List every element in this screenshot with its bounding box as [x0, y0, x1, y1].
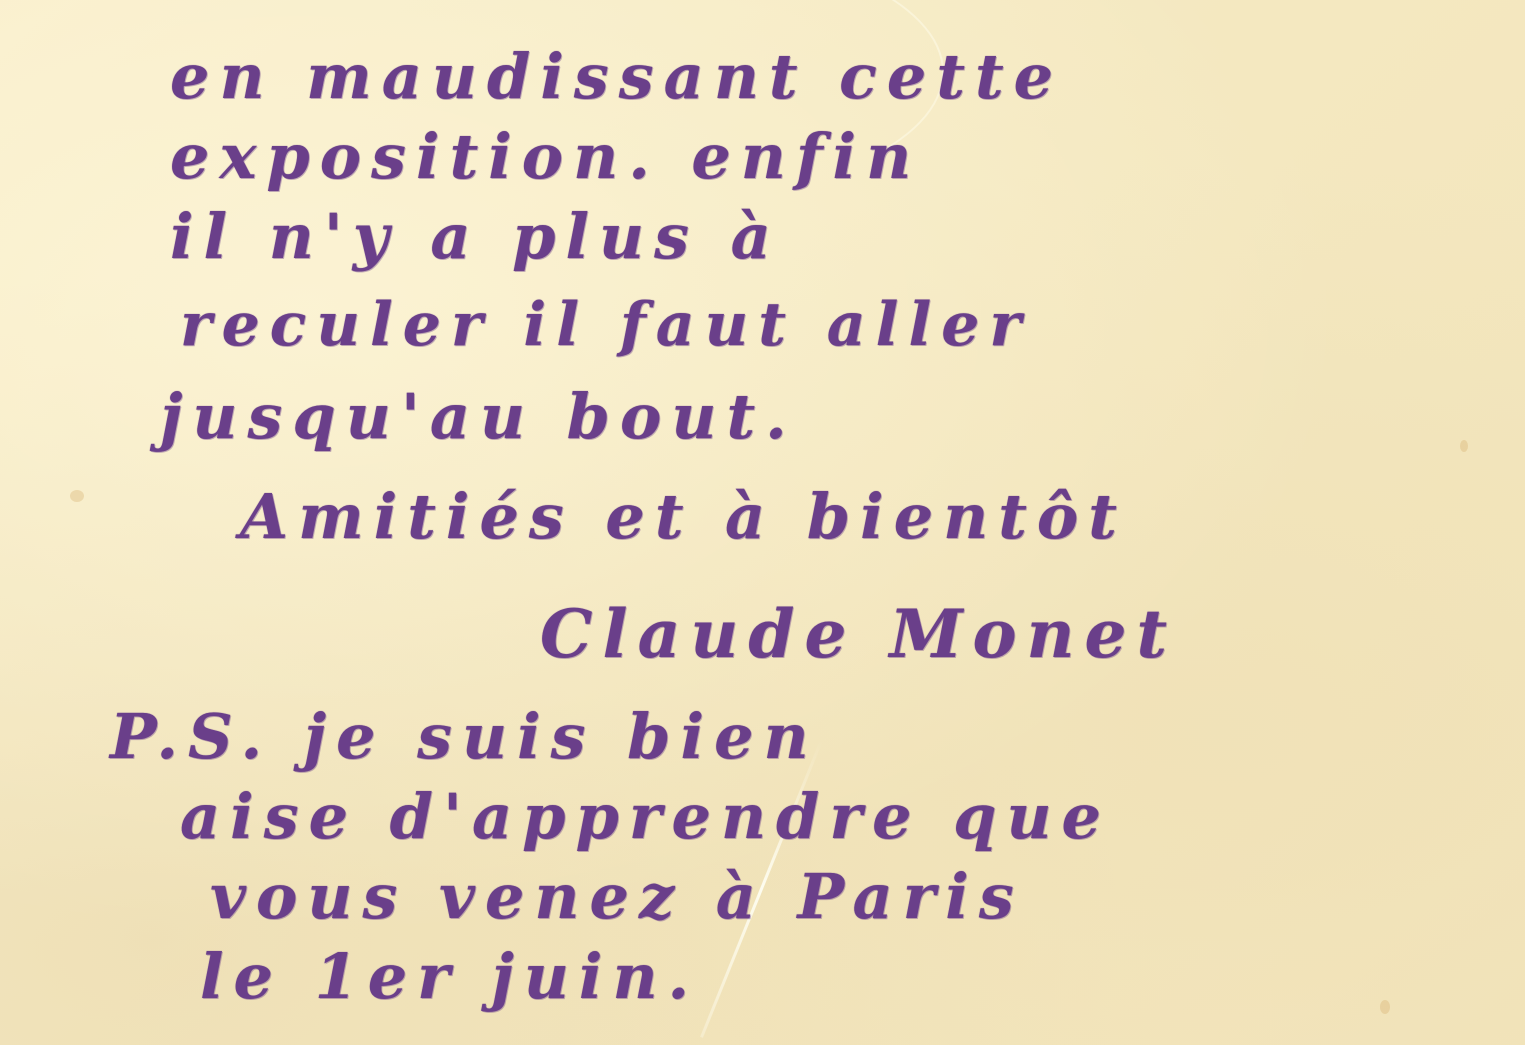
paper-stain — [1460, 440, 1468, 452]
letter-line-closing: Amitiés et à bientôt — [240, 480, 1127, 553]
paper-stain — [1380, 1000, 1390, 1014]
letter-line-2: exposition. enfin — [170, 120, 921, 193]
letter-paper: en maudissant cette exposition. enfin il… — [0, 0, 1525, 1045]
postscript-line-3: vous venez à Paris — [210, 860, 1024, 933]
letter-line-4: reculer il faut aller — [180, 290, 1031, 360]
postscript-line-1: P.S. je suis bien — [110, 700, 819, 773]
paper-stain — [70, 490, 84, 502]
signature: Claude Monet — [540, 595, 1177, 673]
letter-line-3: il n'y a plus à — [170, 200, 781, 273]
letter-line-1: en maudissant cette — [170, 40, 1063, 113]
postscript-line-4: le 1er juin. — [200, 940, 699, 1013]
postscript-line-2: aise d'apprendre que — [180, 780, 1111, 853]
letter-line-5: jusqu'au bout. — [160, 380, 797, 453]
